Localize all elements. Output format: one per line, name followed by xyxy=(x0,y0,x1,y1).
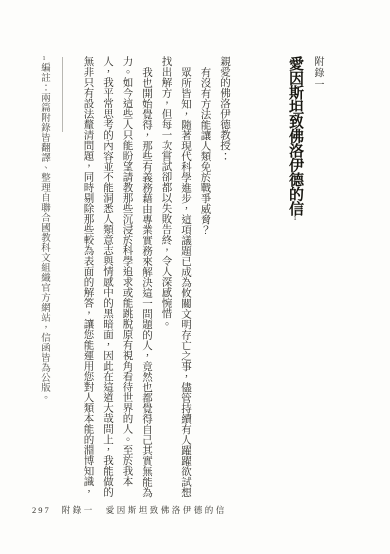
footer-chapter-title: 愛因斯坦致佛洛伊德的信 xyxy=(106,504,227,516)
paragraph-body-1: 眾所皆知，隨著現代科學進步，這項議題已成為攸關文明存亡之事，儘管持續有人躍躍欲試… xyxy=(156,56,195,498)
footer-section-label: 附錄一 xyxy=(62,504,95,516)
paragraph-salutation: 親愛的佛洛伊德教授： xyxy=(215,56,235,498)
running-footer: 297 附錄一 愛因斯坦致佛洛伊德的信 xyxy=(32,504,227,516)
footnote-separator-rule xyxy=(62,57,63,132)
paragraph-body-2: 我也開始覺得，那些有義務藉由專業實務來解決這一問題的人，竟然也都覺得自己其實無能… xyxy=(78,56,156,498)
letter-body: 親愛的佛洛伊德教授： 有沒有方法能讓人類免於戰爭威脅？ 眾所皆知，隨著現代科學進… xyxy=(78,56,234,498)
page-number: 297 xyxy=(32,505,51,515)
footnote-reference: 1 xyxy=(292,216,298,222)
page-title: 愛因斯坦致佛洛伊德的信1 xyxy=(286,56,304,498)
book-page: 附錄一 愛因斯坦致佛洛伊德的信1 親愛的佛洛伊德教授： 有沒有方法能讓人類免於戰… xyxy=(0,0,390,554)
vertical-text-area: 附錄一 愛因斯坦致佛洛伊德的信1 親愛的佛洛伊德教授： 有沒有方法能讓人類免於戰… xyxy=(32,56,324,498)
page-title-text: 愛因斯坦致佛洛伊德的信 xyxy=(287,56,303,216)
paragraph-question: 有沒有方法能讓人類免於戰爭威脅？ xyxy=(195,56,215,498)
appendix-label: 附錄一 xyxy=(310,56,324,498)
editor-footnote: 1編註：兩篇附錄皆翻譯、整理自聯合國教科文組織官方網站，信函皆為公版。 xyxy=(38,56,50,498)
footnote-text: 編註：兩篇附錄皆翻譯、整理自聯合國教科文組織官方網站，信函皆為公版。 xyxy=(39,63,49,403)
